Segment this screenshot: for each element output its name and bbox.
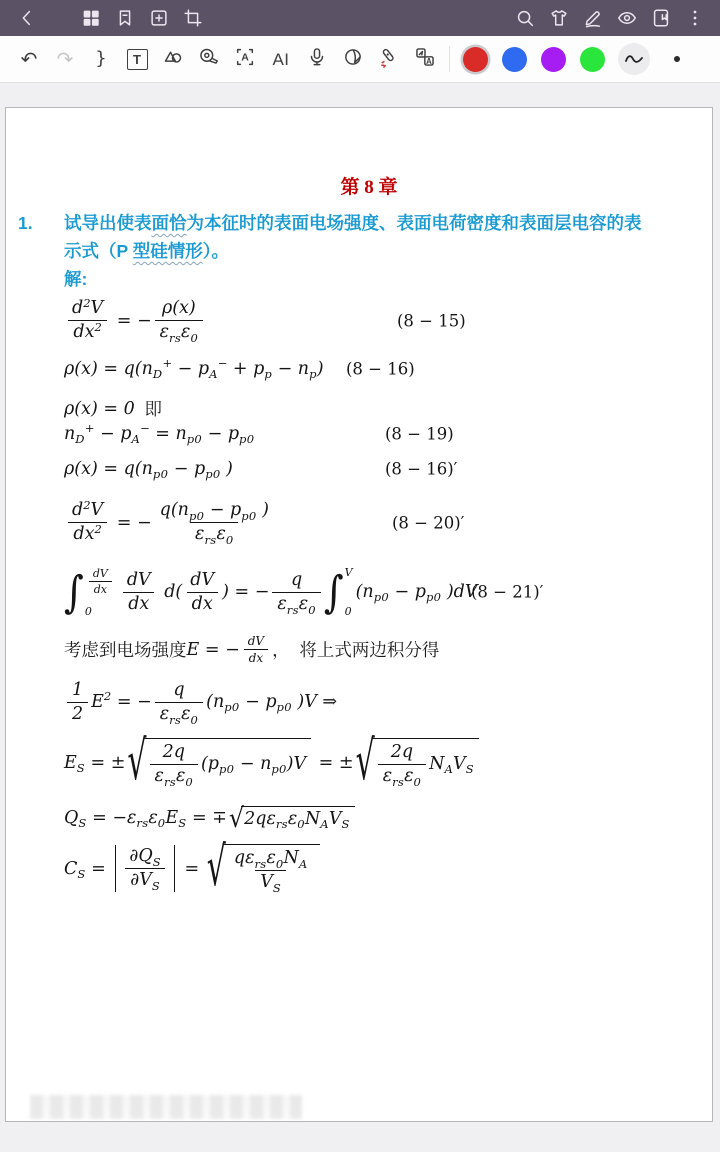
redo-icon: ↷	[57, 49, 74, 69]
equation-number: (8 − 19)	[385, 425, 454, 444]
redo-button[interactable]: ↷	[50, 42, 80, 76]
equation-number: (8 − 20)′	[392, 513, 464, 532]
question-text: 为本征时的表面电场强度、表面电荷密度和表面层电容的表	[187, 213, 642, 233]
equation-row: d2Vdx2 = −q(np0 − pp0 )εrsε0(8 − 20)′	[64, 499, 698, 546]
ocr-icon: A	[234, 46, 256, 73]
microphone-button[interactable]	[302, 42, 332, 76]
brace-button[interactable]: }	[86, 42, 116, 76]
equation: ρ(x) = 0 即	[64, 396, 162, 421]
equation: 12E2 = −qεrsε0(np0 − pp0 )V ⇒	[64, 679, 337, 726]
pen-color-purple[interactable]	[541, 47, 566, 72]
stroke-size-button[interactable]	[664, 46, 690, 72]
wavy-underlined-text: 型硅情形	[133, 241, 203, 261]
translate-button[interactable]: A	[410, 42, 440, 76]
equation: ρ(x) = q(np0 − pp0 )	[64, 459, 233, 479]
ai-button[interactable]: AI	[266, 42, 296, 76]
equation-number: (8 − 16)	[346, 360, 415, 379]
sticker-button[interactable]	[338, 42, 368, 76]
tool-group: ↶↷}TAAIA	[0, 42, 443, 76]
page-notes-icon[interactable]	[644, 3, 678, 33]
signature-pen-icon[interactable]	[576, 3, 610, 33]
text-box-button[interactable]: T	[122, 42, 152, 76]
brace-icon: }	[95, 50, 106, 68]
equation-row: QS = −εrsε0ES = ∓√2qεrsε0NAVS	[64, 806, 698, 830]
tape-button[interactable]	[194, 42, 224, 76]
equation-list: d2Vdx2 = −ρ(x)εrsε0(8 − 15)ρ(x) = q(nD+ …	[40, 297, 698, 894]
back-icon[interactable]	[10, 3, 44, 33]
stroke-style-button[interactable]	[618, 43, 650, 75]
question-1: 1. 试导出使表面恰为本征时的表面电场强度、表面电荷密度和表面层电容的表 示式（…	[40, 209, 698, 265]
equation-row: ES = ±√2qεrsε0(pp0 − np0)V = ±√2qεrsε0NA…	[64, 738, 698, 788]
equation-number: (8 − 16)′	[385, 460, 457, 479]
svg-text:A: A	[241, 51, 249, 63]
equation-number: (8 − 15)	[397, 311, 466, 330]
equation: d2Vdx2 = −q(np0 − pp0 )εrsε0	[64, 499, 277, 546]
pen-color-green[interactable]	[580, 47, 605, 72]
question-number: 1.	[18, 209, 33, 237]
translate-icon: A	[414, 46, 436, 73]
topbar-right-group	[508, 3, 720, 33]
svg-text:A: A	[426, 56, 432, 65]
squiggle-icon	[624, 53, 644, 65]
shirt-icon[interactable]	[542, 3, 576, 33]
question-text: 示式（P	[64, 241, 133, 261]
crop-icon[interactable]	[176, 3, 210, 33]
watermark	[30, 1095, 302, 1119]
eye-icon[interactable]	[610, 3, 644, 33]
equation-row: 12E2 = −qεrsε0(np0 − pp0 )V ⇒	[64, 679, 698, 726]
question-text: ）。	[203, 241, 229, 261]
equation-number: (8 − 21)′	[471, 583, 543, 602]
document-page: 第 8 章 1. 试导出使表面恰为本征时的表面电场强度、表面电荷密度和表面层电容…	[5, 107, 713, 1122]
equation: nD+ − pA− = np0 − pp0	[64, 424, 254, 444]
toolbar-divider	[449, 46, 450, 72]
equation-row: d2Vdx2 = −ρ(x)εrsε0(8 − 15)	[64, 297, 698, 344]
ai-icon: AI	[272, 51, 289, 68]
grid-icon[interactable]	[74, 3, 108, 33]
equation-row: ρ(x) = q(nD+ − pA− + pp − np)(8 − 16)	[64, 359, 698, 379]
equation: ρ(x) = q(nD+ − pA− + pp − np)	[64, 359, 324, 379]
annotation-toolbar: ↶↷}TAAIA	[0, 36, 720, 83]
undo-button[interactable]: ↶	[14, 42, 44, 76]
bookmark-icon[interactable]	[108, 3, 142, 33]
shapes-icon	[162, 46, 184, 73]
topbar-left-group	[0, 3, 210, 33]
equation-row: ρ(x) = 0 即	[64, 396, 698, 421]
equation-row: CS = ∂QS∂VS = √qεrsε0NAVS	[64, 844, 698, 894]
equation: ES = ±√2qεrsε0(pp0 − np0)V = ±√2qεrsε0NA…	[64, 738, 481, 788]
document-content: 第 8 章 1. 试导出使表面恰为本征时的表面电场强度、表面电荷密度和表面层电容…	[40, 108, 698, 894]
question-line-2: 示式（P 型硅情形）。	[64, 237, 698, 265]
equation: QS = −εrsε0ES = ∓√2qεrsε0NAVS	[64, 806, 357, 830]
equation: CS = ∂QS∂VS = √qεrsε0NAVS	[64, 844, 322, 894]
question-text: 试导出使表	[64, 213, 152, 233]
ocr-button[interactable]: A	[230, 42, 260, 76]
text-box-icon: T	[127, 49, 148, 70]
search-icon[interactable]	[508, 3, 542, 33]
sticker-icon	[342, 46, 364, 73]
chapter-title: 第 8 章	[40, 172, 698, 199]
equation: d2Vdx2 = −ρ(x)εrsε0	[64, 297, 206, 344]
color-group	[456, 47, 612, 72]
add-square-icon[interactable]	[142, 3, 176, 33]
app-screen: { "topbar": { "left_icons": ["back", "gr…	[0, 0, 720, 1152]
microphone-icon	[306, 46, 328, 73]
question-line-1: 试导出使表面恰为本征时的表面电场强度、表面电荷密度和表面层电容的表	[64, 209, 698, 237]
solution-label: 解:	[40, 265, 698, 293]
pen-color-red[interactable]	[463, 47, 488, 72]
equation-row: ρ(x) = q(np0 − pp0 )(8 − 16)′	[64, 459, 698, 479]
undo-icon: ↶	[21, 49, 38, 69]
overflow-menu-icon[interactable]	[678, 3, 712, 33]
equation: ∫dVdx0dVdx d(dVdx) = −qεrsε0∫V0(np0 − pp…	[64, 566, 477, 618]
wavy-underlined-text: 面恰	[152, 213, 187, 233]
laser-pointer-button[interactable]	[374, 42, 404, 76]
top-app-bar	[0, 0, 720, 36]
pen-color-blue[interactable]	[502, 47, 527, 72]
equation: 考虑到电场强度E = −dVdx， 将上式两边积分得	[64, 633, 439, 667]
laser-pointer-icon	[378, 46, 400, 73]
equation-row: 考虑到电场强度E = −dVdx， 将上式两边积分得	[64, 633, 698, 667]
dot-icon	[674, 56, 680, 62]
equation-row: nD+ − pA− = np0 − pp0(8 − 19)	[64, 424, 698, 444]
equation-row: ∫dVdx0dVdx d(dVdx) = −qεrsε0∫V0(np0 − pp…	[64, 566, 698, 618]
tape-icon	[198, 46, 220, 73]
shapes-button[interactable]	[158, 42, 188, 76]
